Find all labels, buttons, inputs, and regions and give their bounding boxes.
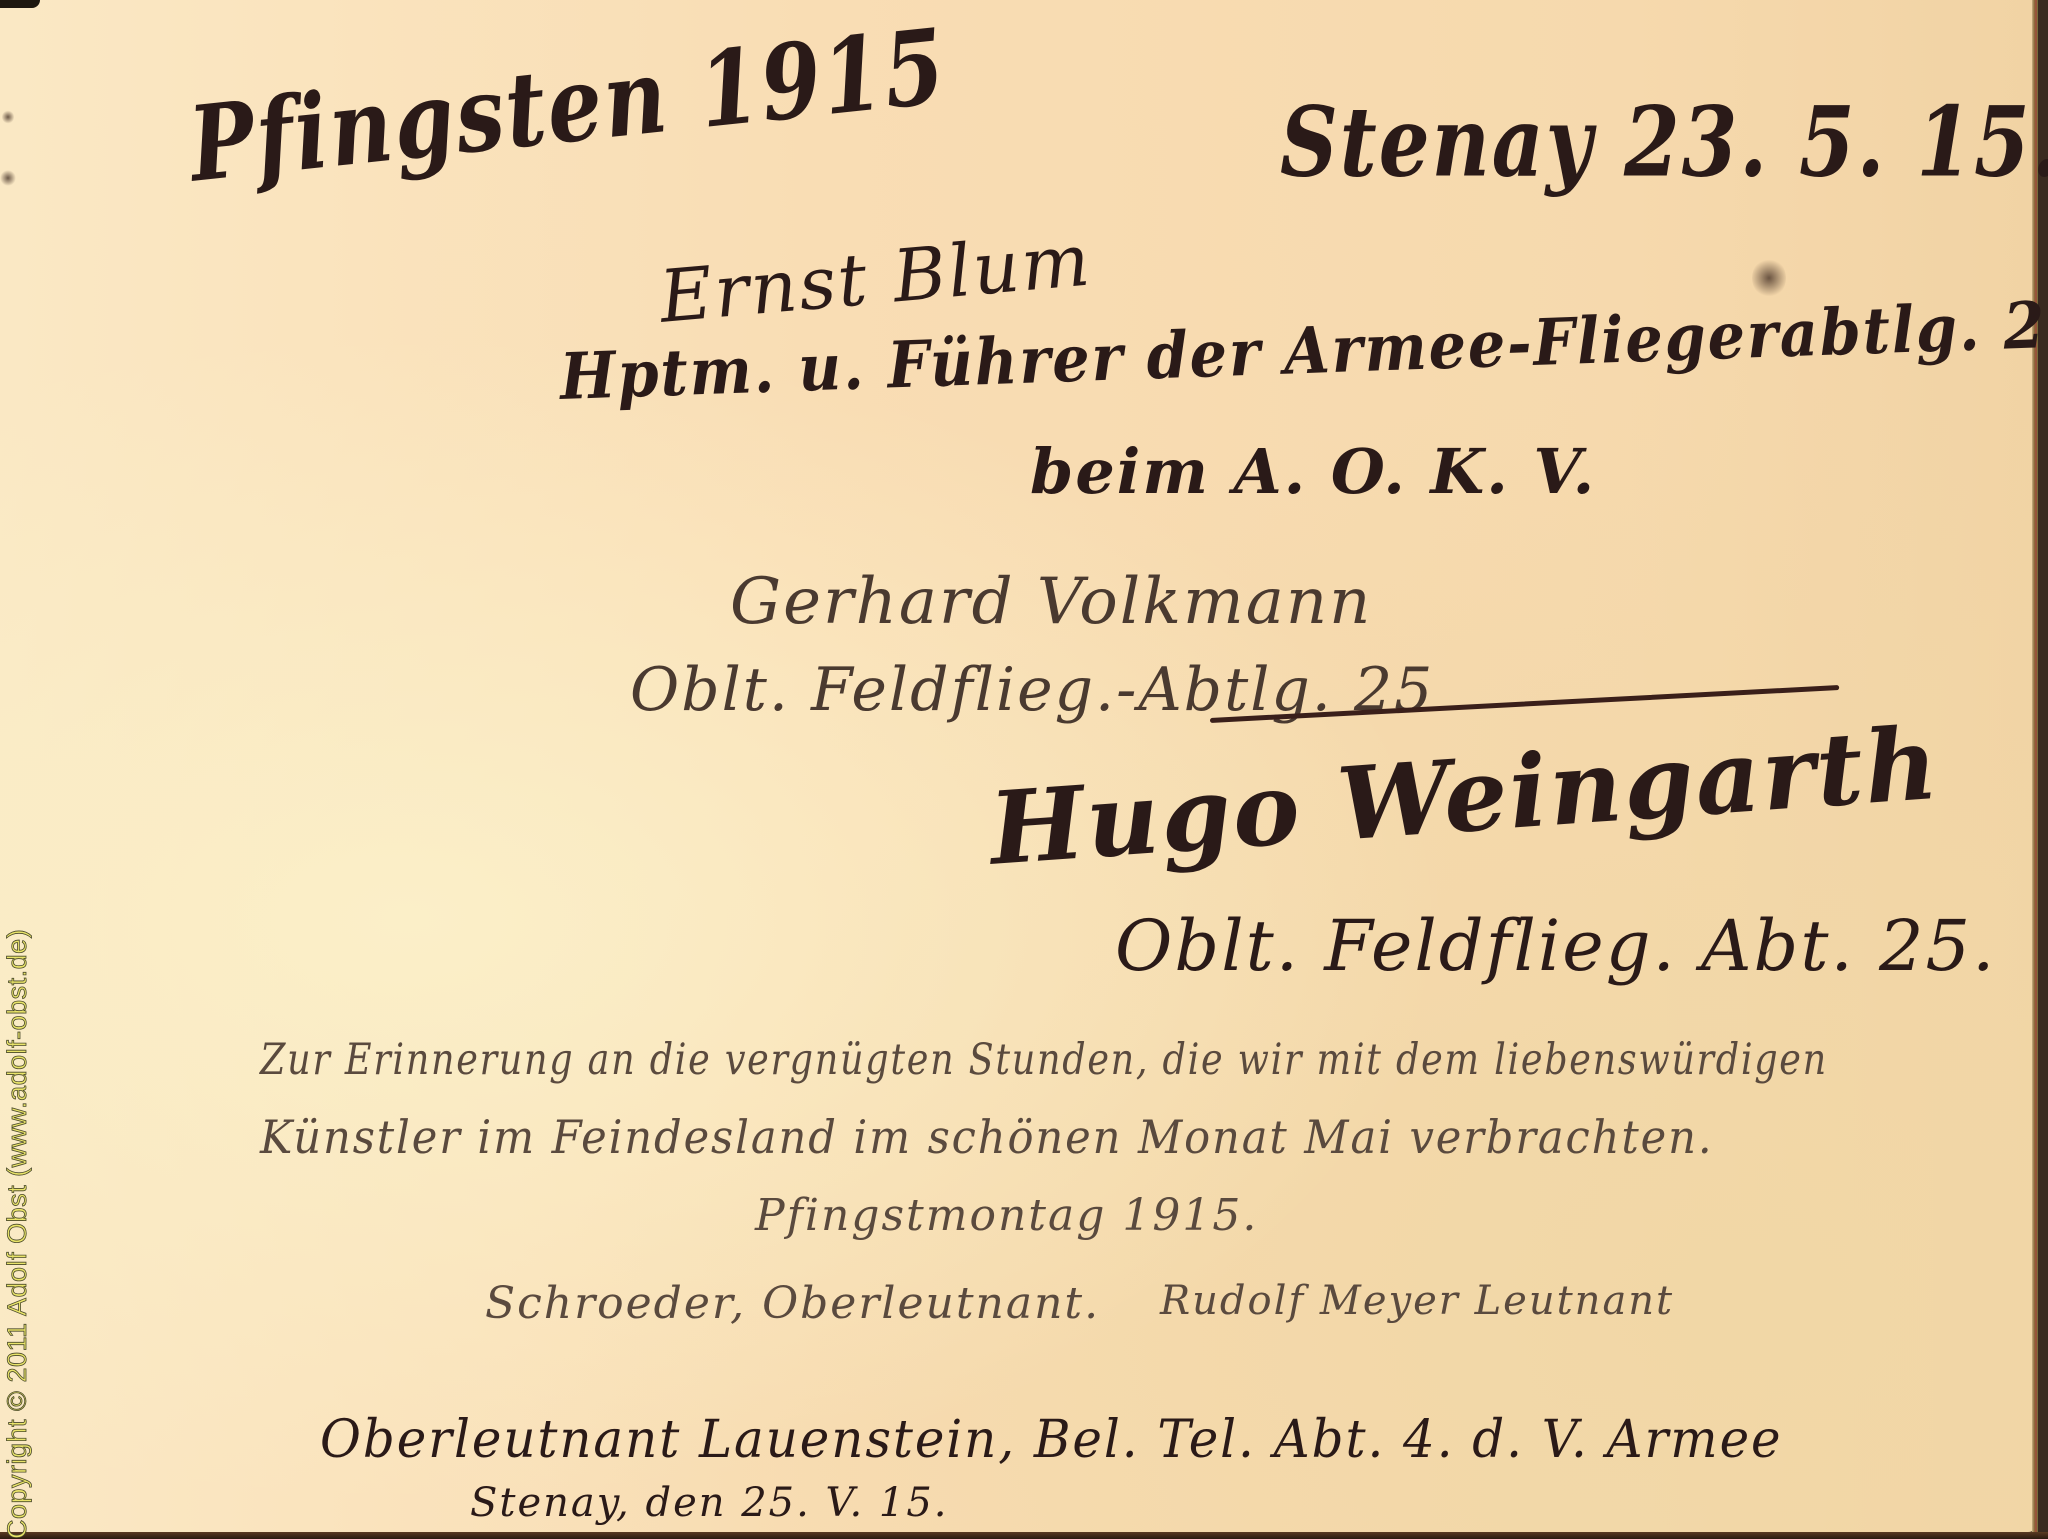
entry-5-place-date: Stenay, den 25. V. 15. [470,1480,949,1526]
entry-4-signature-meyer: Rudolf Meyer Leutnant [1160,1278,1674,1324]
header-date-left: Pfingsten 1915 [184,6,952,206]
album-page: Pfingsten 1915 Stenay 23. 5. 15. Ernst B… [0,0,2038,1532]
entry-4-signature-schroeder: Schroeder, Oberleutnant. [485,1278,1100,1329]
ink-spot [0,170,16,186]
ink-spot [1752,258,1786,298]
entry-3-rank-unit: Oblt. Feldflieg. Abt. 25. [1115,905,1996,987]
page-bottom-edge [0,1532,2048,1539]
page-edge [2032,0,2038,1532]
entry-1-name: Ernst Blum [656,217,1094,338]
copyright-watermark: Copyright © 2011 Adolf Obst (www.adolf-o… [2,899,33,1539]
binding-shadow [0,0,40,8]
ink-spot [2,110,14,124]
entry-4-line-2: Künstler im Feindesland im schönen Monat… [260,1110,1713,1164]
entry-2-name: Gerhard Volkmann [730,565,1372,639]
entry-1-unit: beim A. O. K. V. [1030,435,1596,508]
header-place-date-right: Stenay 23. 5. 15. [1280,86,2048,199]
entry-4-line-1: Zur Erinnerung an die vergnügten Stunden… [260,1035,1828,1085]
entry-5-line-1: Oberleutnant Lauenstein, Bel. Tel. Abt. … [320,1410,1783,1470]
entry-3-name: Hugo Weingarth [986,704,1943,888]
entry-4-date: Pfingstmontag 1915. [755,1190,1258,1241]
